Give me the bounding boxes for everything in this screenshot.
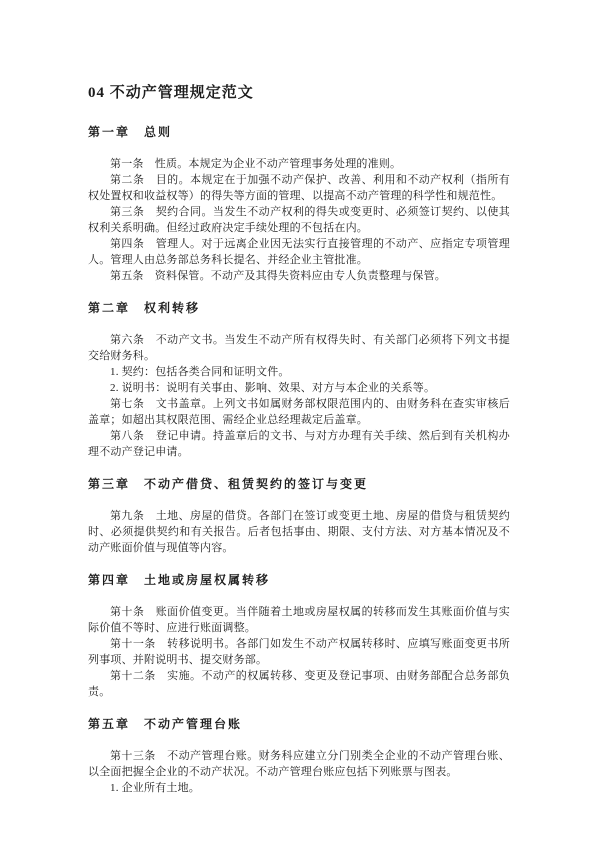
paragraph: 第十一条 转移说明书。各部门如发生不动产权属转移时、应填写账面变更书所列事项、并… (88, 636, 510, 668)
list-item: 1. 契约：包括各类合同和证明文件。 (88, 364, 510, 380)
chapter-section-3: 第三章 不动产借贷、租赁契约的签订与变更 第九条 土地、房屋的借贷。各部门在签订… (88, 476, 510, 556)
paragraph: 第五条 资料保管。不动产及其得失资料应由专人负责整理与保管。 (88, 268, 510, 284)
paragraph: 第四条 管理人。对于远离企业因无法实行直接管理的不动产、应指定专项管理人。管理人… (88, 236, 510, 268)
paragraph: 第八条 登记申请。持盖章后的文书、与对方办理有关手续、然后到有关机构办理不动产登… (88, 428, 510, 460)
list-item: 2. 说明书：说明有关事由、影响、效果、对方与本企业的关系等。 (88, 380, 510, 396)
chapter-section-4: 第四章 土地或房屋权属转移 第十条 账面价值变更。当伴随着土地或房屋权属的转移而… (88, 572, 510, 700)
chapter-section-1: 第一章 总则 第一条 性质。本规定为企业不动产管理事务处理的准则。 第二条 目的… (88, 124, 510, 284)
paragraph: 第十条 账面价值变更。当伴随着土地或房屋权属的转移而发生其账面价值与实际价值不等… (88, 604, 510, 636)
chapter-heading: 第一章 总则 (88, 124, 510, 140)
paragraph: 第三条 契约合同。当发生不动产权利的得失或变更时、必须签订契约、以使其权利关系明… (88, 204, 510, 236)
chapter-heading: 第二章 权利转移 (88, 300, 510, 316)
chapter-section-5: 第五章 不动产管理台账 第十三条 不动产管理台账。财务科应建立分门别类全企业的不… (88, 716, 510, 796)
chapter-section-2: 第二章 权利转移 第六条 不动产文书。当发生不动产所有权得失时、有关部门必须将下… (88, 300, 510, 460)
chapter-heading: 第五章 不动产管理台账 (88, 716, 510, 732)
paragraph: 第九条 土地、房屋的借贷。各部门在签订或变更土地、房屋的借贷与租赁契约时、必须提… (88, 508, 510, 556)
document-title: 04 不动产管理规定范文 (88, 82, 510, 104)
document-page: 04 不动产管理规定范文 第一章 总则 第一条 性质。本规定为企业不动产管理事务… (0, 0, 595, 842)
chapter-heading: 第四章 土地或房屋权属转移 (88, 572, 510, 588)
paragraph: 第十三条 不动产管理台账。财务科应建立分门别类全企业的不动产管理台账、以全面把握… (88, 748, 510, 780)
paragraph: 第七条 文书盖章。上列文书如属财务部权限范围内的、由财务科在查实审核后盖章；如超… (88, 396, 510, 428)
paragraph: 第十二条 实施。不动产的权属转移、变更及登记事项、由财务部配合总务部负责。 (88, 668, 510, 700)
paragraph: 第六条 不动产文书。当发生不动产所有权得失时、有关部门必须将下列文书提交给财务科… (88, 332, 510, 364)
paragraph: 第一条 性质。本规定为企业不动产管理事务处理的准则。 (88, 156, 510, 172)
list-item: 1. 企业所有土地。 (88, 780, 510, 796)
chapter-heading: 第三章 不动产借贷、租赁契约的签订与变更 (88, 476, 510, 492)
paragraph: 第二条 目的。本规定在于加强不动产保护、改善、利用和不动产权利（指所有权处置权和… (88, 172, 510, 204)
